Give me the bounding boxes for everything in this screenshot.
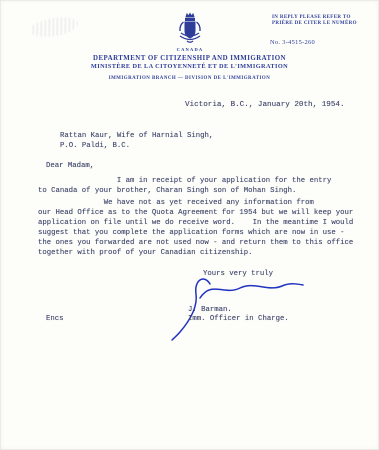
scanned-letter-page: CANADA IN REPLY PLEASE REFER TO PRIÈRE D…: [0, 0, 379, 450]
department-name-fr: MINISTÈRE DE LA CITOYENNETÉ ET DE L'IMMI…: [0, 63, 379, 70]
file-number: No. 3-4515-260: [270, 39, 375, 46]
dateline: Victoria, B.C., January 20th, 1954.: [185, 100, 345, 110]
enclosures-note: Encs: [46, 314, 64, 324]
department-name-en: DEPARTMENT OF CITIZENSHIP AND IMMIGRATIO…: [0, 55, 379, 62]
canada-coat-of-arms-icon: [177, 12, 203, 46]
reply-reference-line-en: IN REPLY PLEASE REFER TO: [272, 15, 351, 20]
handwritten-signature-icon: [150, 272, 325, 336]
reply-reference-line-fr: PRIÈRE DE CITER LE NUMÉRO: [272, 21, 357, 26]
signed-title: Imm. Officer in Charge.: [188, 314, 289, 324]
recipient-address: Rattan Kaur, Wife of Harnial Singh, P.O.…: [60, 131, 213, 151]
crest-caption: CANADA: [167, 47, 213, 52]
reply-reference-note: IN REPLY PLEASE REFER TO PRIÈRE DE CITER…: [272, 15, 372, 28]
branch-line: IMMIGRATION BRANCH — DIVISION DE L'IMMIG…: [0, 76, 379, 81]
salutation: Dear Madam,: [46, 161, 94, 171]
pencil-smudge: [29, 14, 79, 39]
body-paragraph-1: I am in receipt of your application for …: [38, 176, 358, 196]
body-paragraph-2: We have not as yet received any informat…: [38, 198, 358, 258]
